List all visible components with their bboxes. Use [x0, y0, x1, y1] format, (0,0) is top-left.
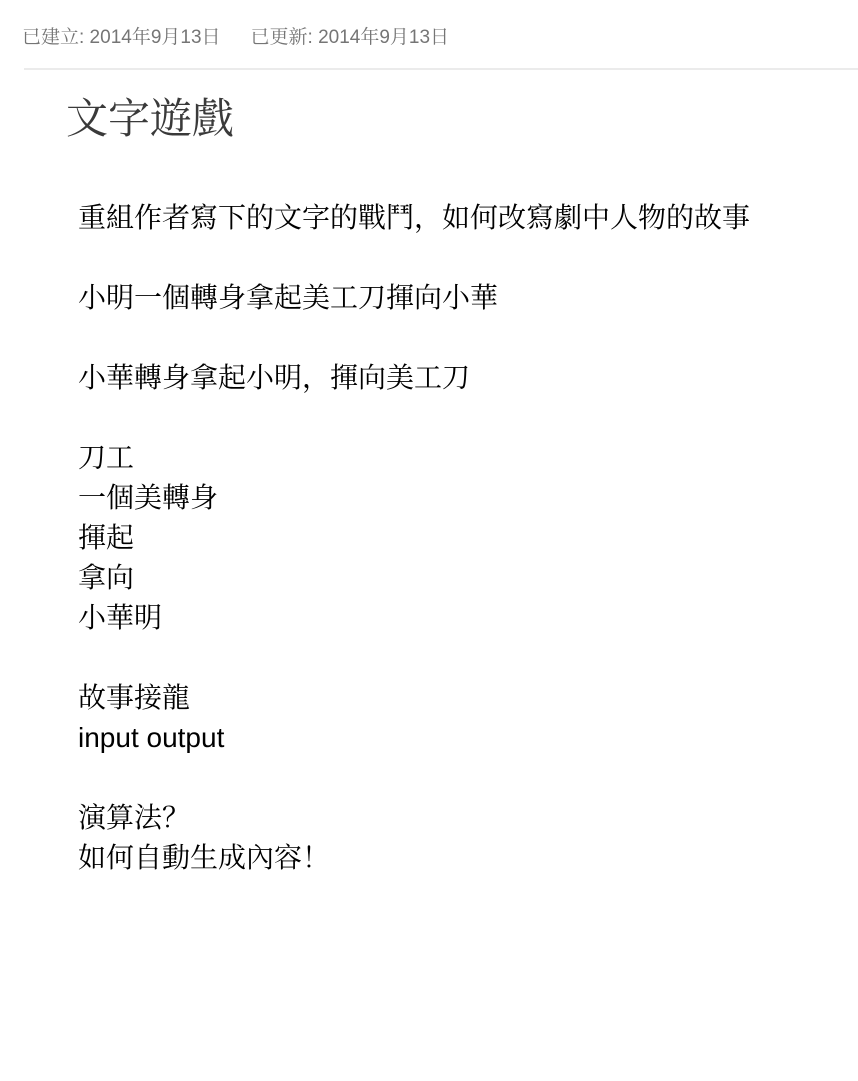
page: 已建立: 2014年9月13日 已更新: 2014年9月13日 文字遊戲 重組作… [0, 0, 858, 1081]
created-date: 已建立: 2014年9月13日 [22, 27, 221, 49]
body-paragraphs: 重組作者寫下的文字的戰鬥，如何改寫劇中人物的故事小明一個轉身拿起美工刀揮向小華小… [66, 198, 818, 878]
paragraph: 故事接龍 input output [78, 678, 818, 758]
updated-date: 已更新: 2014年9月13日 [251, 27, 450, 49]
page-content: 文字遊戲 重組作者寫下的文字的戰鬥，如何改寫劇中人物的故事小明一個轉身拿起美工刀… [0, 70, 858, 878]
page-meta: 已建立: 2014年9月13日 已更新: 2014年9月13日 [0, 0, 858, 68]
page-title: 文字遊戲 [66, 96, 818, 142]
paragraph: 演算法？ 如何自動生成內容！ [78, 798, 818, 878]
paragraph: 刀工 一個美轉身 揮起 拿向 小華明 [78, 438, 818, 638]
paragraph: 重組作者寫下的文字的戰鬥，如何改寫劇中人物的故事 [78, 198, 818, 238]
paragraph: 小明一個轉身拿起美工刀揮向小華 [78, 278, 818, 318]
paragraph: 小華轉身拿起小明，揮向美工刀 [78, 358, 818, 398]
